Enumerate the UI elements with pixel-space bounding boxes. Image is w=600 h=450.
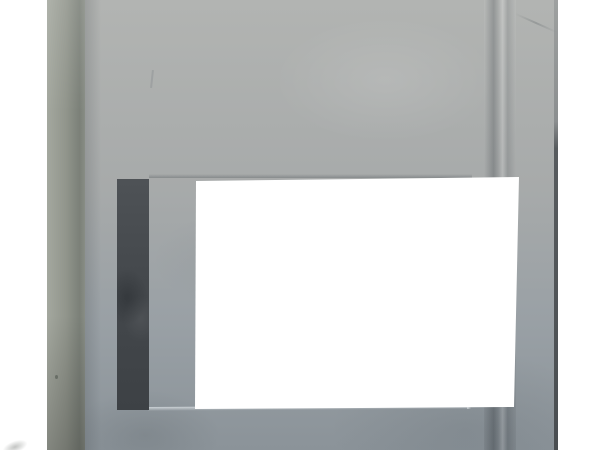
metal-panel-photo [0,0,600,450]
window-top-shadow [149,174,472,178]
panel-left-edge [47,0,85,450]
sheet-metal-panel [47,0,558,450]
bottom-left-smudge [1,437,30,450]
white-cutout-window [195,176,520,410]
window-inner-dark-strip [117,179,149,410]
left-edge-speck [55,375,58,379]
panel-right-edge-line [554,0,558,450]
